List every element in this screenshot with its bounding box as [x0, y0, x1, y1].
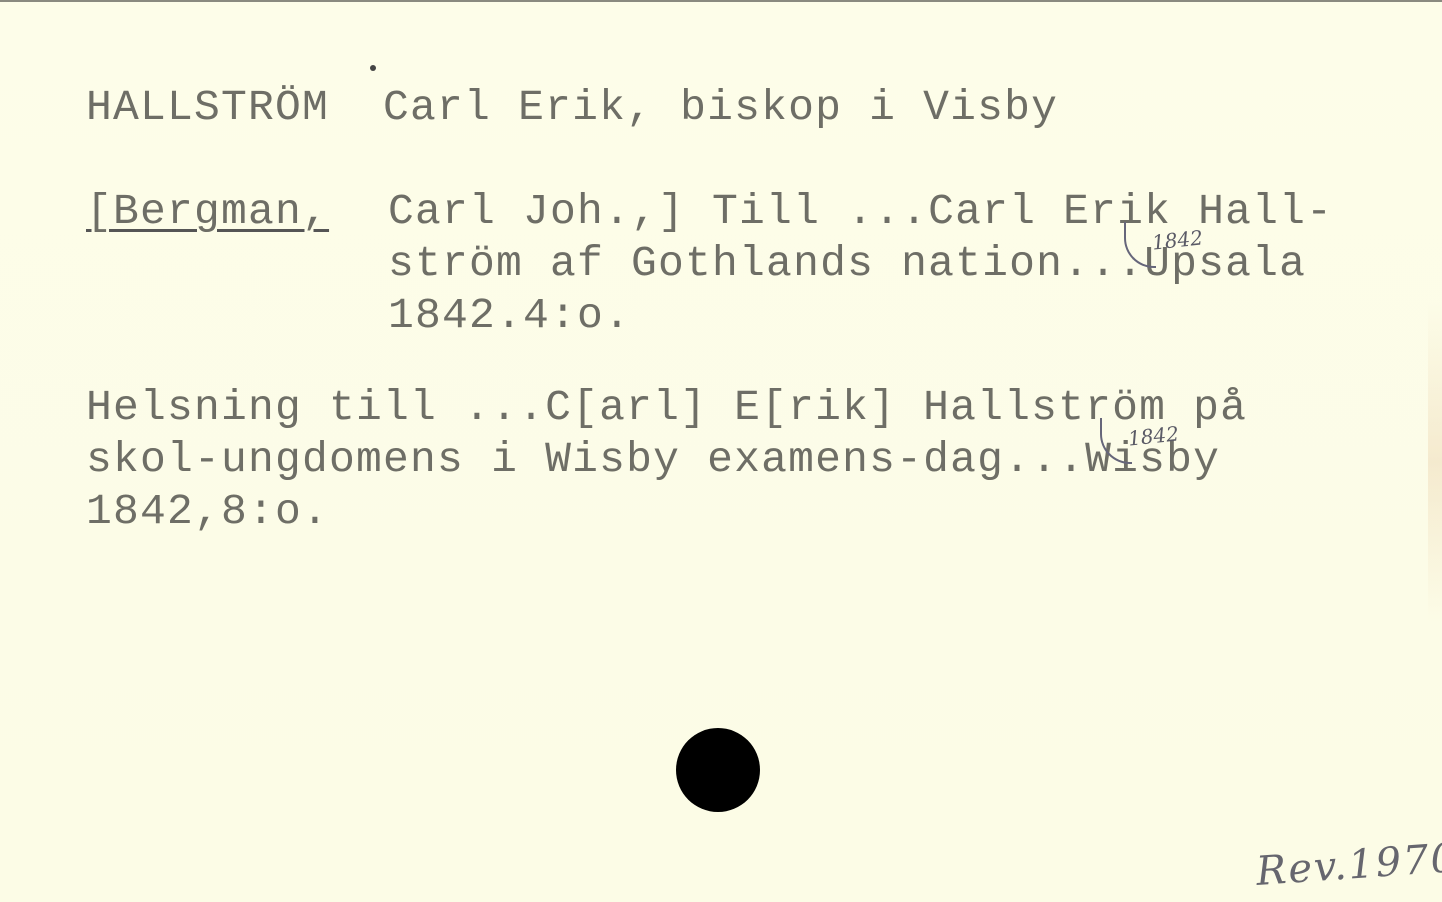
paper-stain	[1428, 302, 1442, 622]
entry-1-line-3: 1842.4:o.	[388, 294, 631, 337]
entry-author: [Bergman,	[86, 190, 329, 233]
punch-hole	[676, 728, 760, 812]
catalog-card: HALLSTRÖM Carl Erik, biskop i Visby [Ber…	[0, 0, 1442, 902]
ink-dot	[370, 65, 376, 71]
entry-2-line-3: 1842,8:o.	[86, 490, 329, 533]
revision-note: Rev.1970	[1255, 835, 1442, 895]
entry-2-line-2: skol-ungdomens i Wisby examens-dag...Wis…	[86, 438, 1220, 481]
card-heading: HALLSTRÖM Carl Erik, biskop i Visby	[86, 86, 1058, 129]
entry-2-line-1: Helsning till ...C[arl] E[rik] Hallström…	[86, 386, 1247, 429]
